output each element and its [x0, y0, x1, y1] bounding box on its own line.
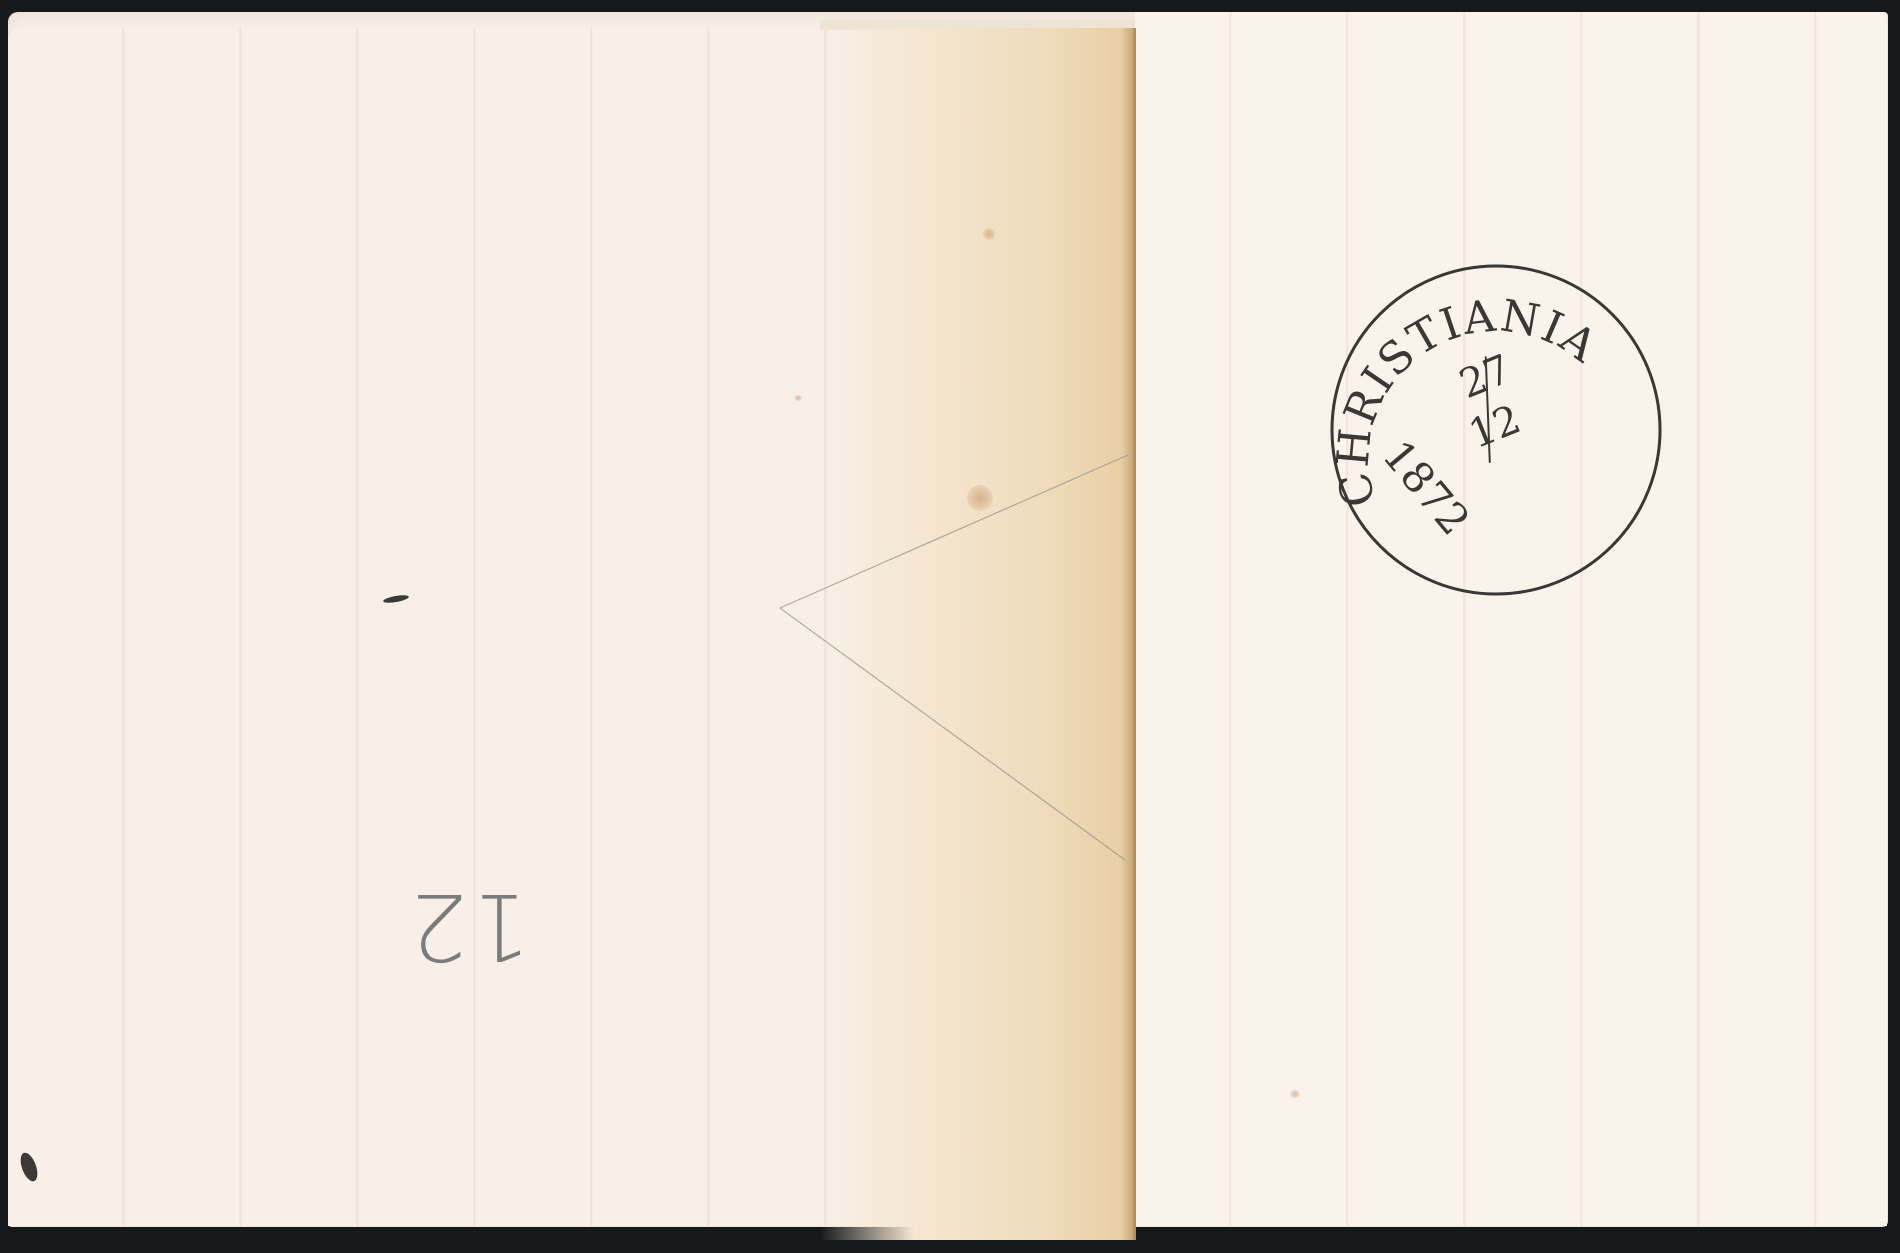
christiania-postmark: CHRISTIANIA 27 12 1872: [1328, 262, 1664, 598]
fold-lines: [0, 0, 1900, 1253]
postmark-year: 1872: [1373, 431, 1479, 544]
pencil-note: 12: [405, 880, 530, 972]
